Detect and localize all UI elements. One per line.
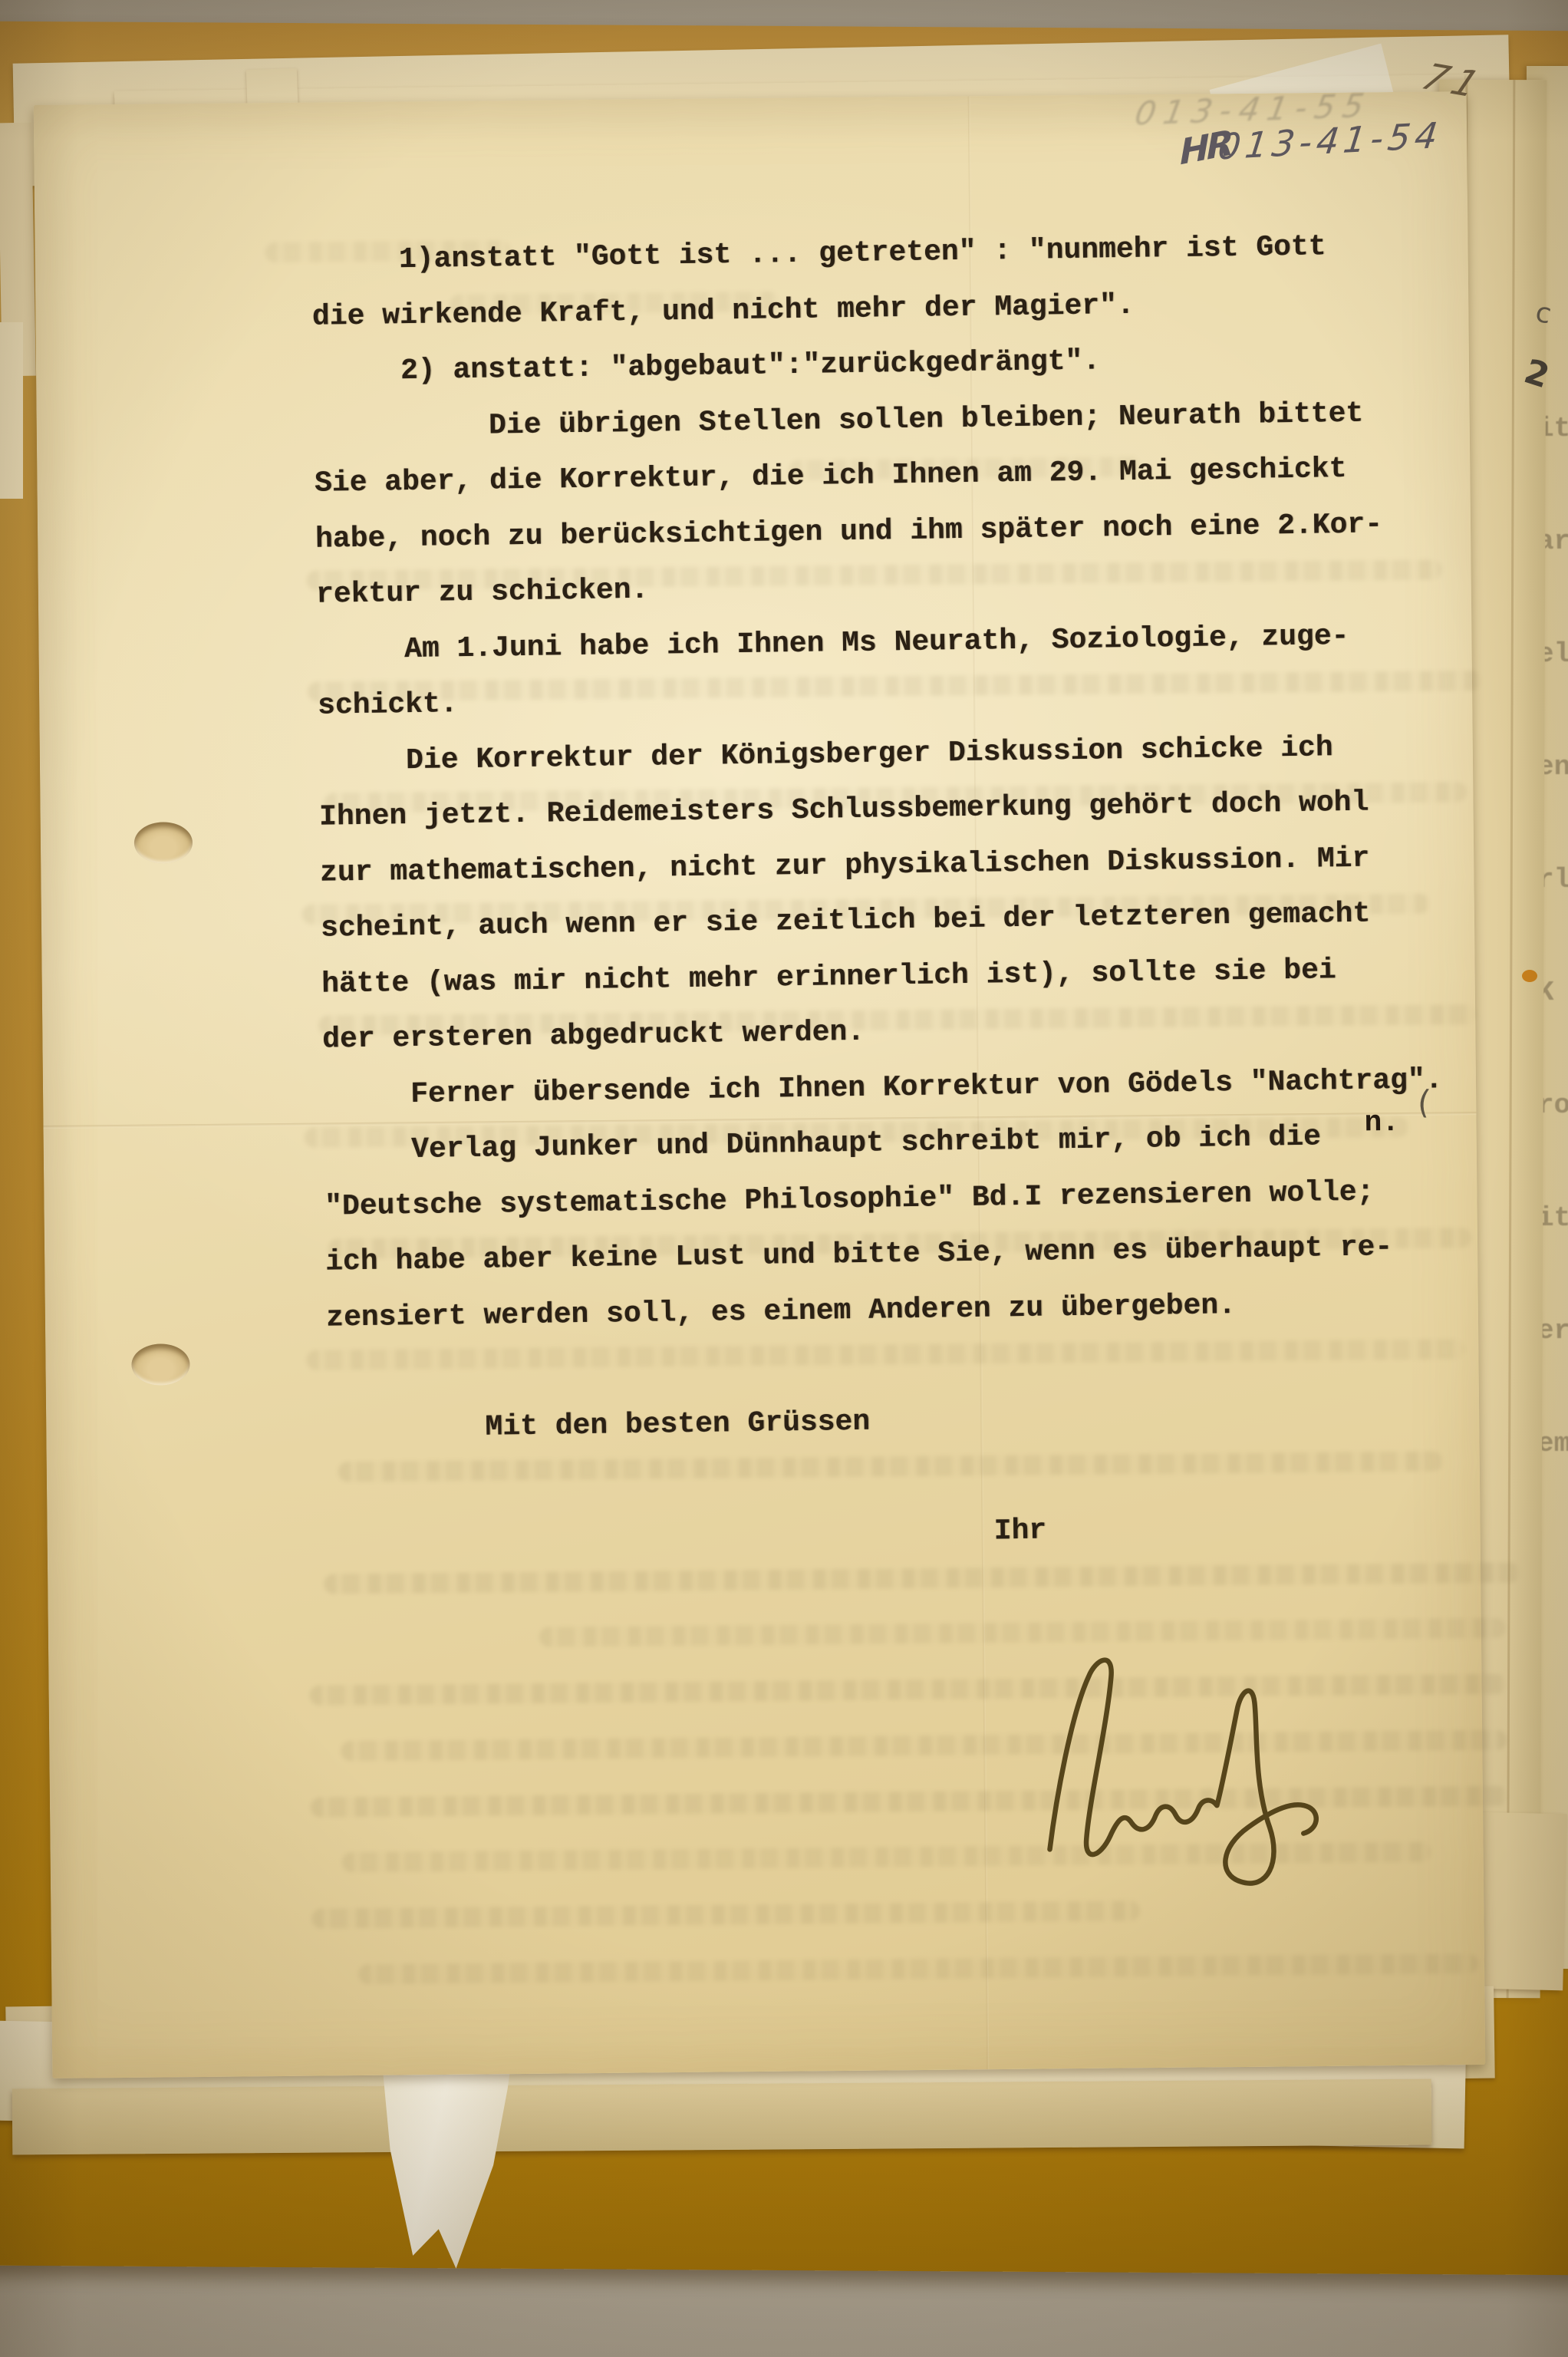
stray-ink-mark: n.: [1364, 1106, 1399, 1139]
back-sheet-left-edge-2: [0, 322, 23, 499]
letter-page: 1)anstatt "Gott ist ... getreten" : "nun…: [34, 91, 1486, 2078]
bleed-through-line: [324, 1563, 1520, 1594]
punch-hole: [131, 1343, 190, 1386]
archival-photo-scene: itearelenrlKroiterem c 2: [0, 0, 1568, 2357]
punch-hole: [134, 822, 193, 864]
bleed-through-line: [311, 1900, 1140, 1928]
signature-carnap: [995, 1587, 1359, 1937]
bottom-sheet-edge-3: [12, 2079, 1432, 2155]
bleed-through-line: [358, 1953, 1478, 1984]
typewritten-letter-text: 1)anstatt "Gott ist ... getreten" : "nun…: [311, 218, 1450, 1568]
paper-crease: [1507, 80, 1516, 1998]
ink-spot: [1522, 970, 1537, 982]
